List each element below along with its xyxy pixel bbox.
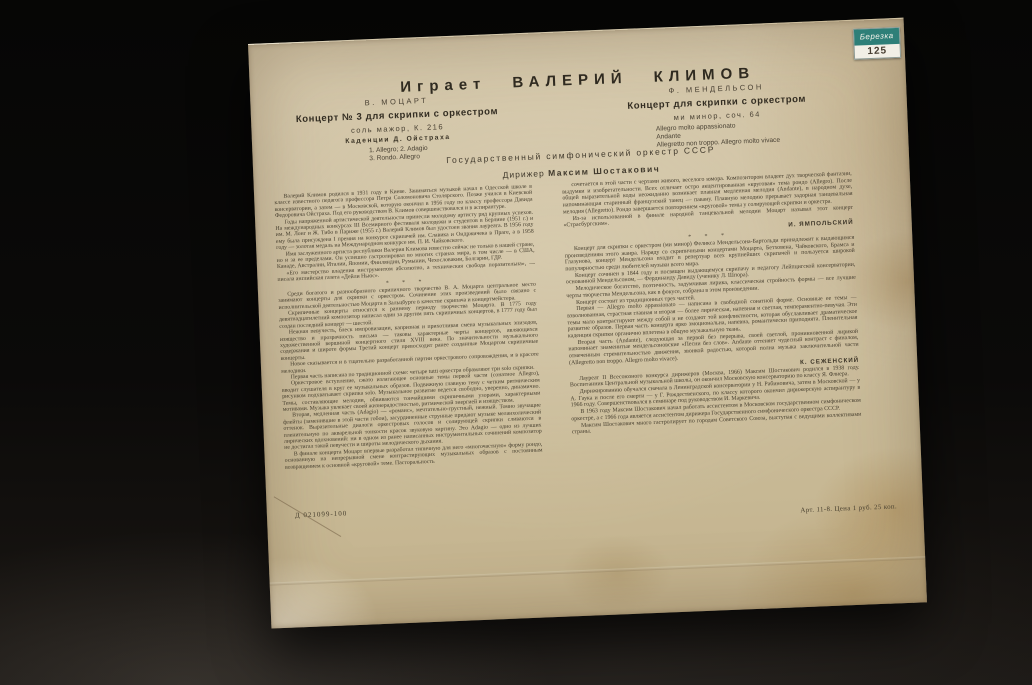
photo-background: Березка 125 Играет ВАЛЕРИЙ КЛИМОВ В. МОЦ…: [0, 0, 1032, 685]
paper-crease: [270, 556, 926, 585]
sticker-number: 125: [855, 44, 900, 59]
sticker-brand: Березка: [854, 28, 900, 46]
liner-notes-left-column: Валерий Климов родился в 1931 году в Кие…: [274, 184, 545, 518]
berezka-sticker: Березка 125: [853, 27, 901, 60]
record-sleeve-back: Березка 125 Играет ВАЛЕРИЙ КЛИМОВ В. МОЦ…: [248, 18, 927, 629]
conductor-label: Дирижер: [502, 168, 544, 180]
price-line: Арт. 11-8. Цена 1 руб. 25 коп.: [687, 503, 897, 518]
conductor-name: Максим Шостакович: [548, 164, 660, 178]
liner-notes-right-column: сочетается в этой части с чертами живого…: [562, 171, 865, 506]
